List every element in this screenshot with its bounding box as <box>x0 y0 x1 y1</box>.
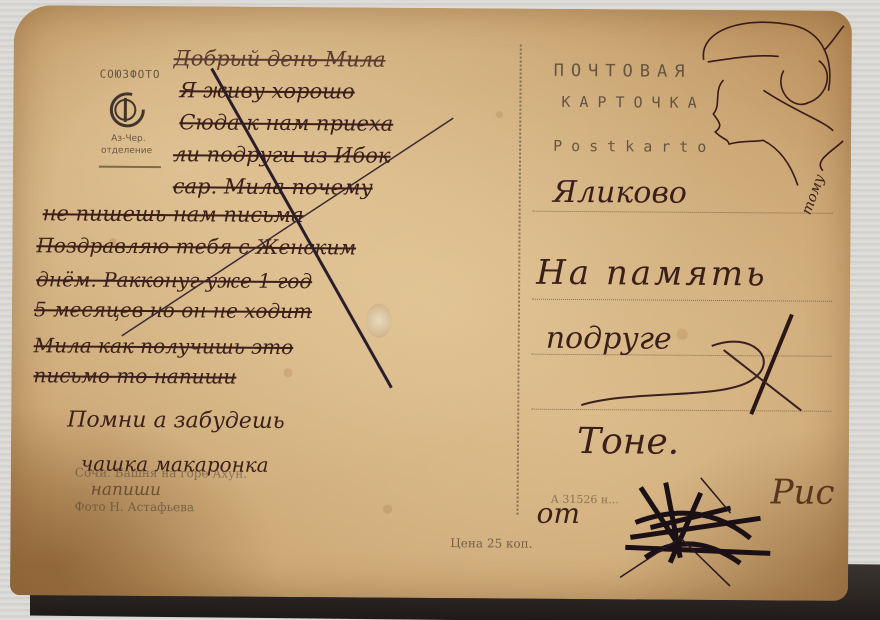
profile-portrait-sketch <box>683 10 854 211</box>
scribbled-signature <box>610 477 781 588</box>
postcard: СОЮЗФОТО Аз-Чер. отделение ПОЧТОВАЯ КАРТ… <box>10 5 852 601</box>
paper-damage-spot <box>366 304 392 338</box>
